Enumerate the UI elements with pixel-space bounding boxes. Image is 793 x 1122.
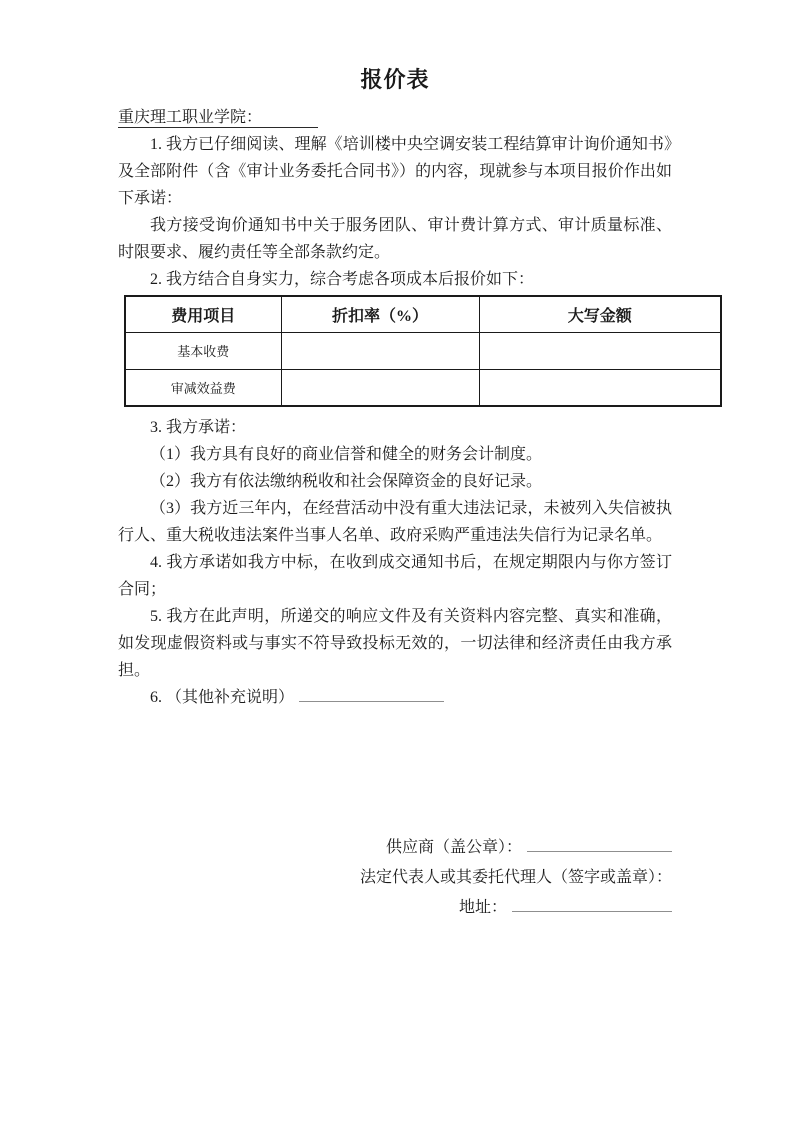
table-row: 审减效益费 [125, 369, 721, 406]
clause-1-continuation: 我方接受询价通知书中关于服务团队、审计费计算方式、审计质量标准、时限要求、履约责… [118, 212, 672, 266]
fee-table: 费用项目 折扣率（%） 大写金额 基本收费 审减效益费 [124, 295, 722, 407]
discount-rate-cell [281, 332, 479, 369]
table-row: 基本收费 [125, 332, 721, 369]
clause-3-item-3: （3）我方近三年内，在经营活动中没有重大违法记录，未被列入失信被执行人、重大税收… [118, 495, 672, 549]
fee-item-header: 费用项目 [125, 296, 281, 332]
document-page: 报价表 重庆理工职业学院： 1. 我方已仔细阅读、理解《培训楼中央空调安装工程结… [0, 0, 793, 1122]
fee-item-cell: 基本收费 [125, 332, 281, 369]
page-title: 报价表 [118, 64, 672, 96]
clause-2: 2. 我方结合自身实力，综合考虑各项成本后报价如下： [118, 266, 672, 293]
fee-table-header-row: 费用项目 折扣率（%） 大写金额 [125, 296, 721, 332]
blank-space [118, 711, 672, 833]
fee-item-cell: 审减效益费 [125, 369, 281, 406]
address-blank-line [512, 898, 672, 912]
address-line: 地址： [118, 893, 672, 923]
address-label: 地址： [459, 899, 507, 916]
clause-5: 5. 我方在此声明，所递交的响应文件及有关资料内容完整、真实和准确，如发现虚假资… [118, 603, 672, 684]
amount-in-words-header: 大写金额 [479, 296, 721, 332]
supplier-label: 供应商（盖公章）： [386, 839, 522, 856]
legal-representative-line: 法定代表人或其委托代理人（签字或盖章）： [118, 863, 672, 893]
discount-rate-header: 折扣率（%） [281, 296, 479, 332]
recipient-name: 重庆理工职业学院： [118, 109, 318, 128]
clause-4: 4. 我方承诺如我方中标，在收到成交通知书后，在规定期限内与你方签订合同； [118, 549, 672, 603]
amount-in-words-cell [479, 369, 721, 406]
supplier-blank-line [527, 838, 672, 852]
legal-rep-label: 法定代表人或其委托代理人（签字或盖章）： [360, 869, 672, 886]
clause-3: 3. 我方承诺： [118, 414, 672, 441]
amount-in-words-cell [479, 332, 721, 369]
clause-6: 6. （其他补充说明） [118, 684, 672, 711]
supplier-signature-line: 供应商（盖公章）： [118, 833, 672, 863]
clause-6-label: 6. （其他补充说明） [150, 689, 294, 706]
clause-3-item-2: （2）我方有依法缴纳税收和社会保障资金的良好记录。 [118, 468, 672, 495]
recipient-line: 重庆理工职业学院： [118, 104, 672, 131]
clause-3-item-1: （1）我方具有良好的商业信誉和健全的财务会计制度。 [118, 441, 672, 468]
signature-block: 供应商（盖公章）： 法定代表人或其委托代理人（签字或盖章）： 地址： [118, 833, 672, 923]
supplement-blank-line [299, 688, 444, 702]
clause-1: 1. 我方已仔细阅读、理解《培训楼中央空调安装工程结算审计询价通知书》及全部附件… [118, 131, 672, 212]
discount-rate-cell [281, 369, 479, 406]
